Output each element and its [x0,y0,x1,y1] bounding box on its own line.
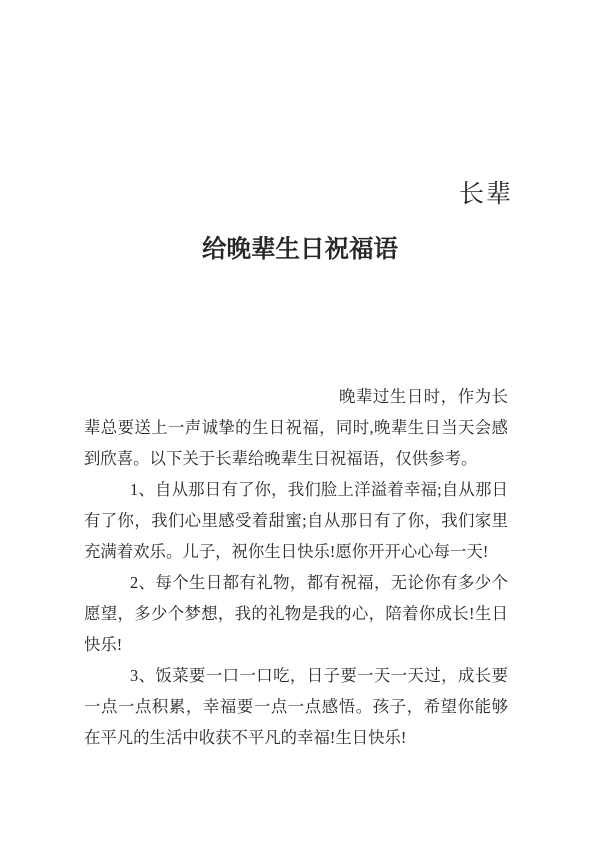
document-page: 长辈 给晚辈生日祝福语 晚辈过生日时，作为长辈总要送上一声诚挚的生日祝福，同时,… [0,0,600,848]
paragraph-item-1: 1、自从那日有了你，我们脸上洋溢着幸福;自从那日有了你，我们心里感受着甜蜜;自从… [84,474,508,567]
header-label: 长辈 [459,181,513,209]
paragraph-item-3: 3、饭菜要一口一口吃，日子要一天一天过，成长要一点一点积累，幸福要一点一点感悟。… [84,660,508,753]
paragraph-item-2: 2、每个生日都有礼物，都有祝福，无论你有多少个愿望，多少个梦想，我的礼物是我的心… [84,567,508,660]
paragraph-intro: 晚辈过生日时，作为长辈总要送上一声诚挚的生日祝福，同时,晚辈生日当天会感到欣喜。… [84,381,508,474]
document-body: 晚辈过生日时，作为长辈总要送上一声诚挚的生日祝福，同时,晚辈生日当天会感到欣喜。… [84,381,508,753]
document-title: 给晚辈生日祝福语 [0,235,600,265]
